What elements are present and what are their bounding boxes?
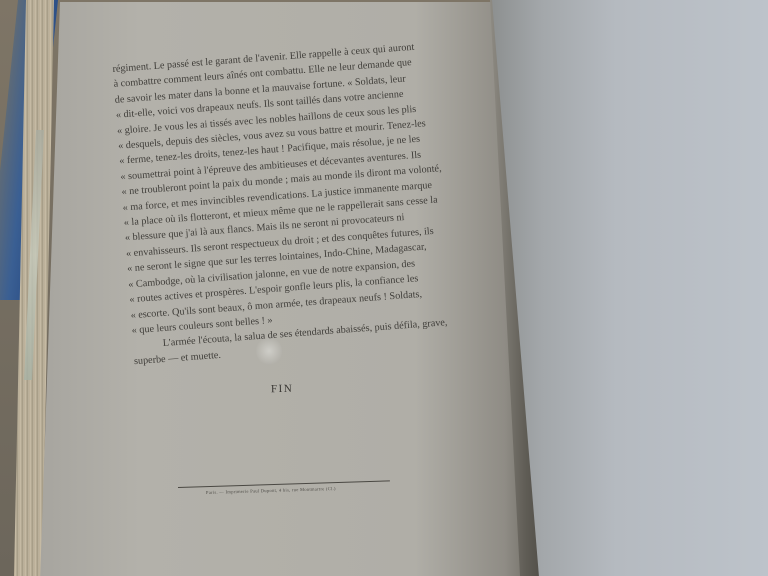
photo-scene: régiment. Le passé est le garant de l'av… bbox=[0, 0, 768, 576]
right-page-blank bbox=[492, 0, 768, 576]
end-mark: FIN bbox=[271, 383, 293, 395]
body-text: régiment. Le passé est le garant de l'av… bbox=[112, 37, 479, 370]
